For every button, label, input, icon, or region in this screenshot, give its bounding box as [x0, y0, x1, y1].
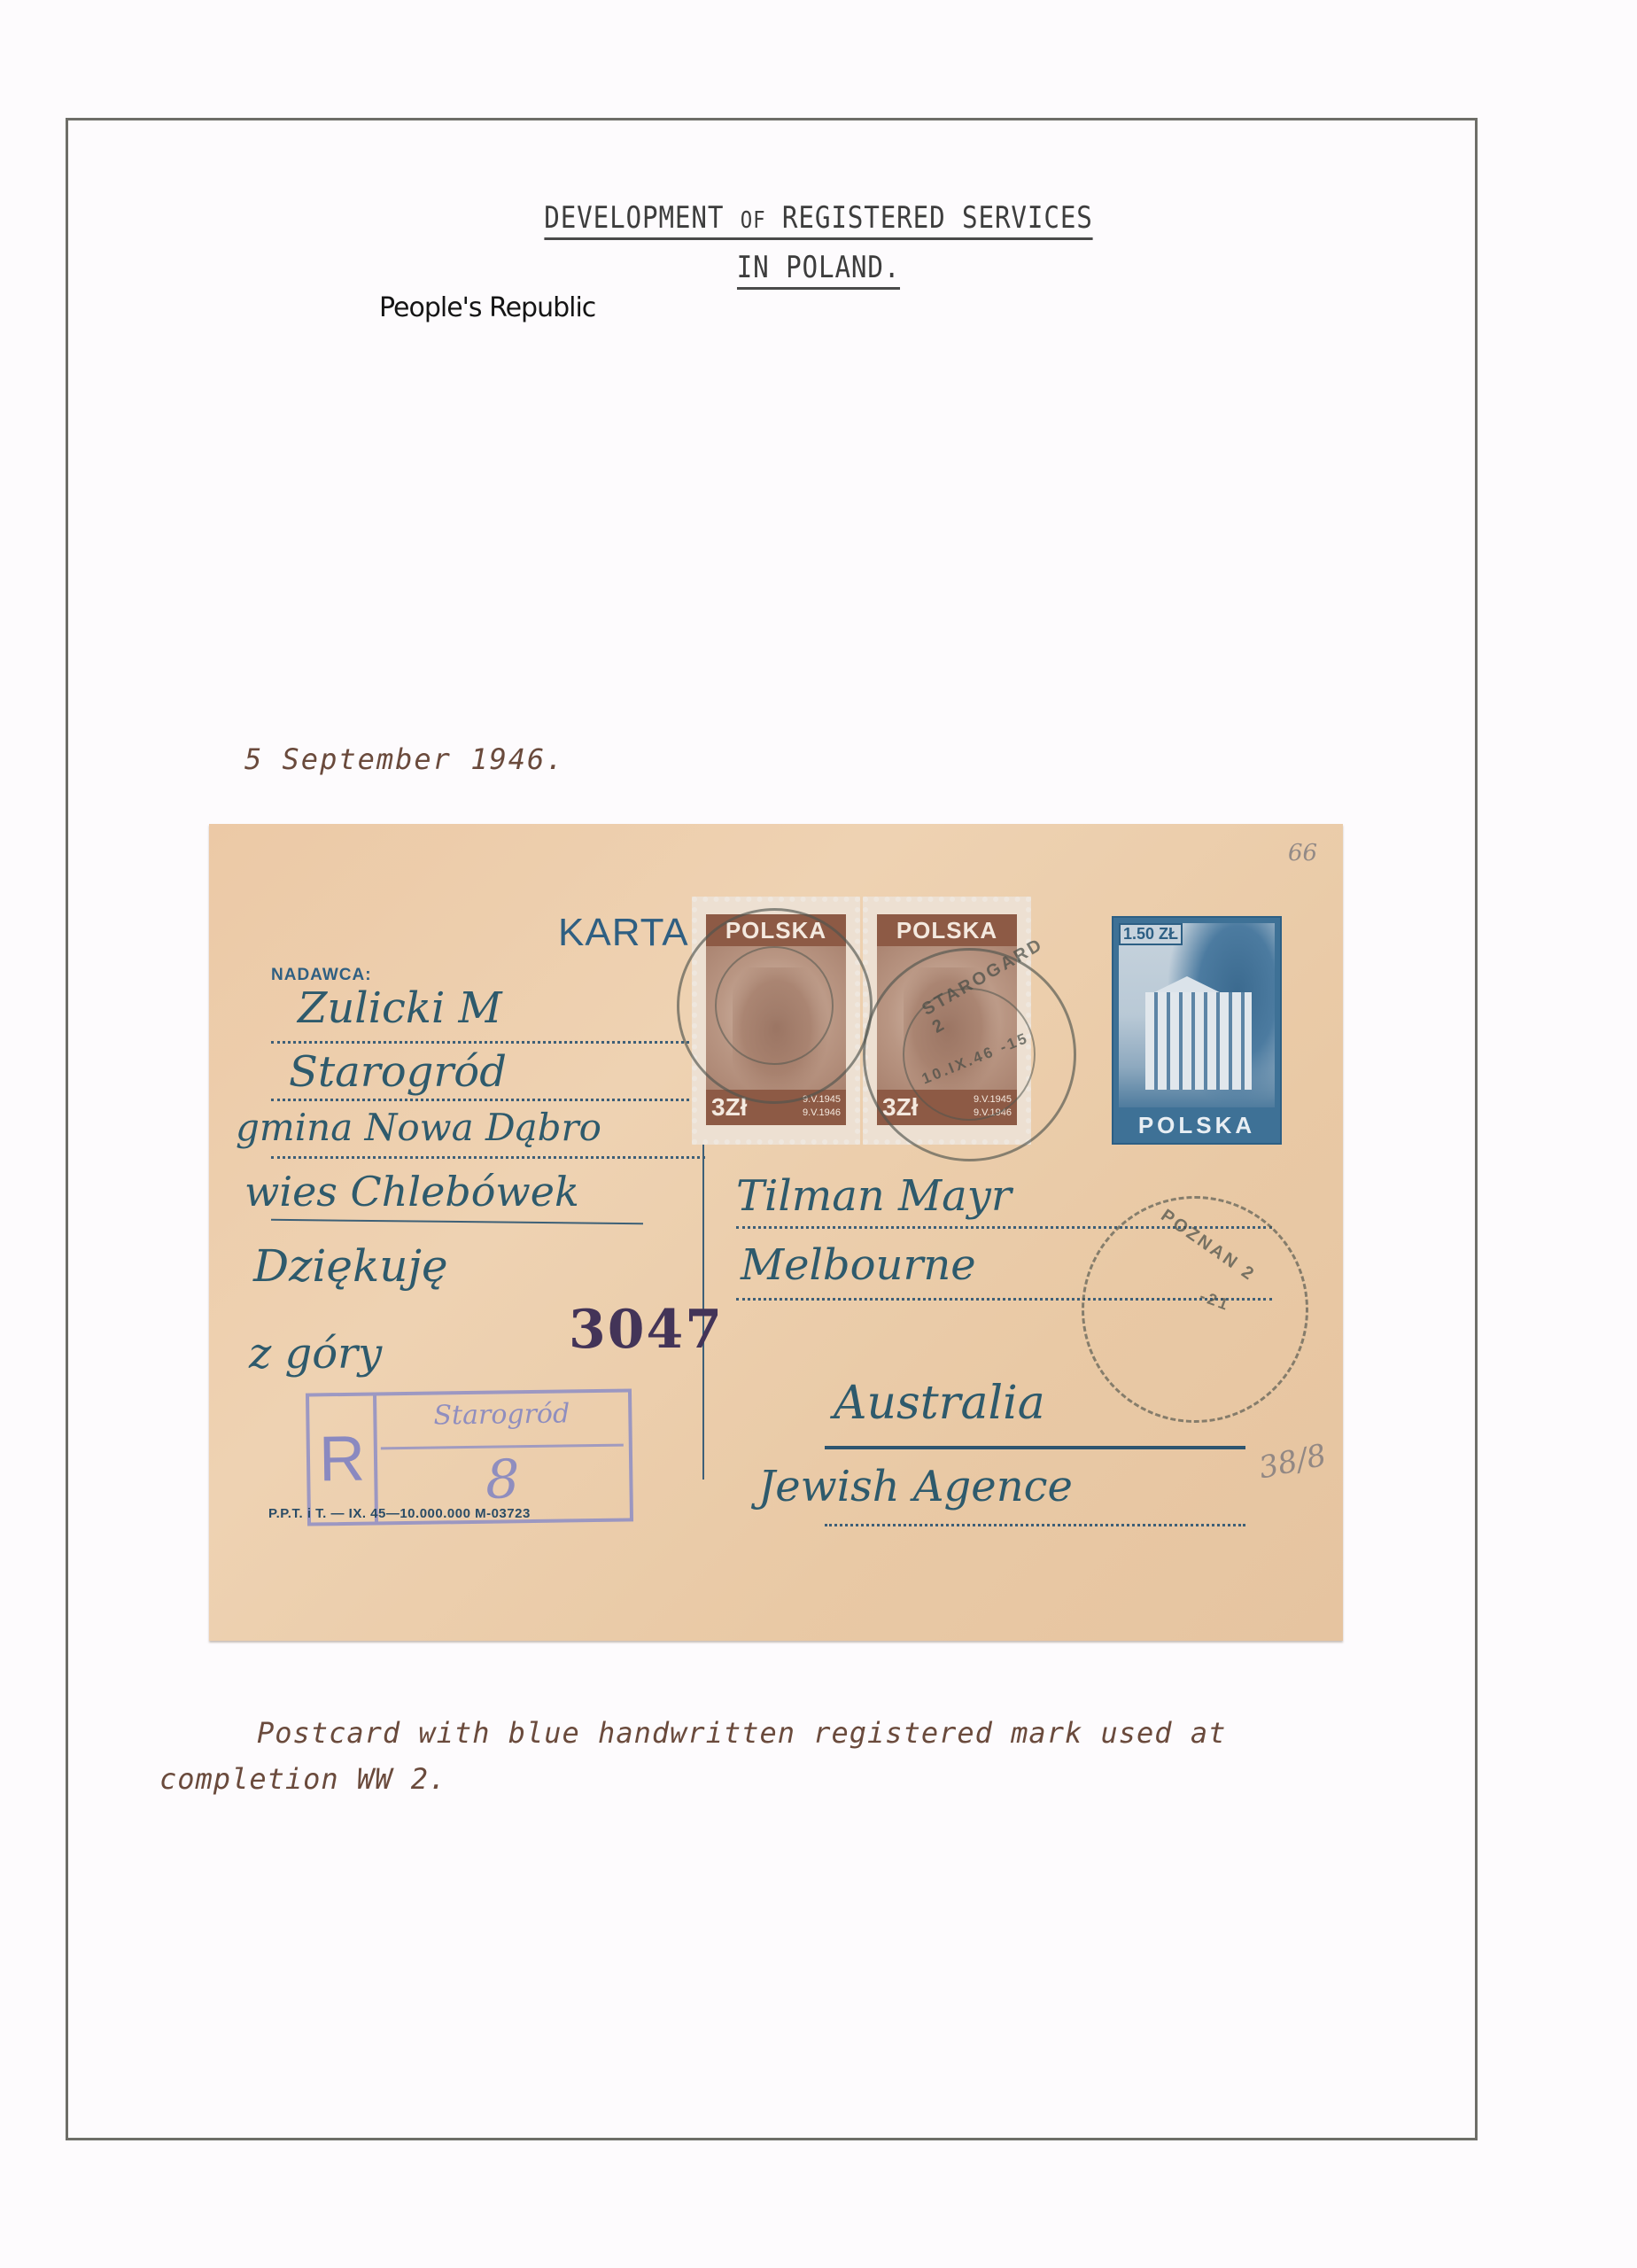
recipient-line-city: Melbourne	[741, 1240, 976, 1290]
page-title-line-1: DEVELOPMENT OF REGISTERED SERVICES	[114, 200, 1522, 236]
registration-number: 3047	[569, 1299, 724, 1361]
postmark-date: -21	[1197, 1287, 1232, 1316]
registration-letter: R	[309, 1395, 378, 1522]
postcard: KARTA NADAWCA: Zulicki M Starogród gmina…	[209, 824, 1343, 1641]
registration-office: Starogród	[380, 1398, 624, 1450]
page-title-line-2: IN POLAND.	[114, 250, 1522, 285]
country-underline	[825, 1446, 1245, 1449]
dotted-line	[825, 1524, 1245, 1526]
recipient-line-name: Tilman Mayr	[736, 1171, 1012, 1221]
printer-imprint: P.P.T. i T. — IX. 45—10.000.000 M-03723	[268, 1506, 531, 1521]
stamp-date-2: 9.V.1946	[803, 1107, 841, 1118]
sender-line-commune: gmina Nowa Dąbro	[236, 1106, 601, 1149]
recipient-line-country: Australia	[834, 1377, 1045, 1430]
postmark-inner-ring	[715, 946, 834, 1065]
postmark-poznan: POZNAN 2 -21	[1082, 1196, 1308, 1423]
stamp-country: POLSKA	[877, 914, 1017, 946]
postmark-starogard-1	[677, 908, 873, 1104]
sender-line-village: wies Chlebówek	[244, 1168, 579, 1216]
sender-line-town: Starogród	[289, 1047, 507, 1097]
postmark-starogard-2: STAROGARD 2 10.IX.46 -15	[863, 948, 1076, 1161]
imprinted-stamp-value: 1.50 ZŁ	[1119, 923, 1183, 945]
building-columns-icon	[1145, 992, 1252, 1090]
message-line-in-advance: z góry	[249, 1329, 382, 1379]
handwritten-underline	[271, 1219, 643, 1224]
sender-label: NADAWCA:	[271, 966, 372, 985]
postcard-header: KARTA	[558, 911, 689, 955]
dotted-line	[271, 1156, 705, 1159]
pencil-note-reference: 38/8	[1256, 1437, 1330, 1486]
dotted-line	[271, 1041, 705, 1044]
title-word-registered-services: REGISTERED SERVICES	[782, 200, 1093, 236]
title-word-of: OF	[741, 207, 766, 234]
imprinted-stamp-country: POLSKA	[1113, 1112, 1280, 1139]
title-word-development: DEVELOPMENT	[544, 200, 724, 236]
registration-serial: 8	[381, 1448, 625, 1513]
manor-house-illustration-icon	[1119, 923, 1275, 1107]
message-line-thanks: Dziękuję	[253, 1240, 448, 1292]
imprinted-stamp: 1.50 ZŁ POLSKA	[1112, 916, 1282, 1145]
recipient-line-agency: Jewish Agence	[758, 1462, 1073, 1511]
sender-line-name: Zulicki M	[298, 983, 502, 1033]
caption-text: Postcard with blue handwritten registere…	[159, 1710, 1355, 1802]
dotted-line	[271, 1099, 705, 1101]
title-in-poland: IN POLAND.	[737, 250, 901, 290]
postmark-town: POZNAN 2	[1157, 1206, 1260, 1286]
page-subtitle: People's Republic	[379, 292, 595, 323]
pencil-note-catalog: 66	[1288, 840, 1317, 866]
date-note: 5 September 1946.	[244, 742, 565, 776]
